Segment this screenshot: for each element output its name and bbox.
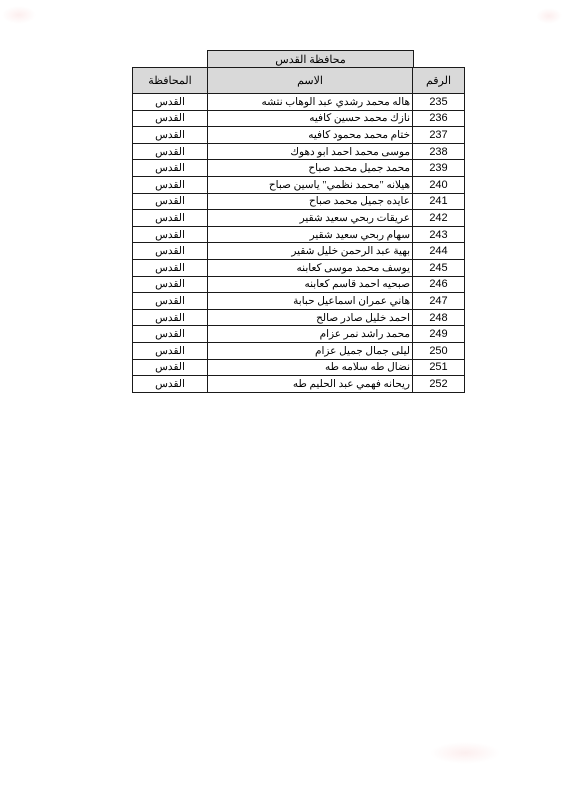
- row-name-cell: محمد جميل محمد صباح: [208, 160, 413, 177]
- table-row: 235 هاله محمد رشدي عبد الوهاب نتشه القدس: [133, 94, 465, 111]
- row-governorate-cell: القدس: [133, 210, 208, 227]
- scan-artifact: [536, 8, 562, 24]
- row-number-cell: 247: [413, 293, 465, 310]
- table-row: 248 احمد خليل صادر صالح القدس: [133, 309, 465, 326]
- table-title-cell: محافظة القدس: [207, 50, 414, 68]
- column-header-name: الاسم: [208, 68, 413, 94]
- scan-artifact: [430, 742, 500, 764]
- table-row: 251 نضال طه سلامه طه القدس: [133, 359, 465, 376]
- column-header-number: الرقم: [413, 68, 465, 94]
- row-name-cell: هاني عمران اسماعيل حبابة: [208, 293, 413, 310]
- row-name-cell: نازك محمد حسين كافيه: [208, 110, 413, 127]
- scan-artifact: [2, 6, 36, 24]
- table-body: 235 هاله محمد رشدي عبد الوهاب نتشه القدس…: [133, 94, 465, 393]
- row-number-cell: 237: [413, 127, 465, 144]
- row-number-cell: 245: [413, 259, 465, 276]
- table-row: 250 ليلى جمال جميل عزام القدس: [133, 342, 465, 359]
- row-governorate-cell: القدس: [133, 127, 208, 144]
- table-row: 236 نازك محمد حسين كافيه القدس: [133, 110, 465, 127]
- row-governorate-cell: القدس: [133, 326, 208, 343]
- row-name-cell: احمد خليل صادر صالح: [208, 309, 413, 326]
- table-row: 238 موسى محمد احمد ابو دهوك القدس: [133, 143, 465, 160]
- row-governorate-cell: القدس: [133, 376, 208, 393]
- row-governorate-cell: القدس: [133, 243, 208, 260]
- row-number-cell: 235: [413, 94, 465, 111]
- row-name-cell: هاله محمد رشدي عبد الوهاب نتشه: [208, 94, 413, 111]
- row-number-cell: 239: [413, 160, 465, 177]
- row-governorate-cell: القدس: [133, 259, 208, 276]
- table-row: 244 بهية عبد الرحمن خليل شقير القدس: [133, 243, 465, 260]
- row-name-cell: ليلى جمال جميل عزام: [208, 342, 413, 359]
- table-row: 252 ريحانه فهمي عبد الحليم طه القدس: [133, 376, 465, 393]
- row-name-cell: ريحانه فهمي عبد الحليم طه: [208, 376, 413, 393]
- row-governorate-cell: القدس: [133, 160, 208, 177]
- row-name-cell: بهية عبد الرحمن خليل شقير: [208, 243, 413, 260]
- row-number-cell: 246: [413, 276, 465, 293]
- row-number-cell: 236: [413, 110, 465, 127]
- governorate-table: الرقم الاسم المحافظة 235 هاله محمد رشدي …: [132, 67, 465, 393]
- row-name-cell: هيلانه "محمد نظمي" ياسين صباح: [208, 176, 413, 193]
- document-page: محافظة القدس الرقم الاسم المحافظة 235 ها…: [0, 0, 565, 800]
- row-name-cell: عايده جميل محمد صباح: [208, 193, 413, 210]
- row-governorate-cell: القدس: [133, 176, 208, 193]
- row-governorate-cell: القدس: [133, 226, 208, 243]
- table-header-row: الرقم الاسم المحافظة: [133, 68, 465, 94]
- row-name-cell: محمد راشد نمر عزام: [208, 326, 413, 343]
- row-number-cell: 243: [413, 226, 465, 243]
- row-name-cell: صبحيه احمد قاسم كعابنه: [208, 276, 413, 293]
- table-row: 243 سهام ربحي سعيد شقير القدس: [133, 226, 465, 243]
- row-name-cell: ختام محمد محمود كافيه: [208, 127, 413, 144]
- row-number-cell: 252: [413, 376, 465, 393]
- table-row: 242 عريقات ربحي سعيد شقير القدس: [133, 210, 465, 227]
- row-name-cell: يوسف محمد موسى كعابنه: [208, 259, 413, 276]
- row-number-cell: 250: [413, 342, 465, 359]
- row-governorate-cell: القدس: [133, 276, 208, 293]
- row-governorate-cell: القدس: [133, 293, 208, 310]
- row-governorate-cell: القدس: [133, 143, 208, 160]
- row-governorate-cell: القدس: [133, 342, 208, 359]
- table-row: 246 صبحيه احمد قاسم كعابنه القدس: [133, 276, 465, 293]
- row-number-cell: 251: [413, 359, 465, 376]
- column-header-governorate: المحافظة: [133, 68, 208, 94]
- row-name-cell: موسى محمد احمد ابو دهوك: [208, 143, 413, 160]
- row-number-cell: 248: [413, 309, 465, 326]
- table-row: 240 هيلانه "محمد نظمي" ياسين صباح القدس: [133, 176, 465, 193]
- table-row: 245 يوسف محمد موسى كعابنه القدس: [133, 259, 465, 276]
- row-number-cell: 238: [413, 143, 465, 160]
- row-governorate-cell: القدس: [133, 309, 208, 326]
- row-number-cell: 240: [413, 176, 465, 193]
- table-row: 237 ختام محمد محمود كافيه القدس: [133, 127, 465, 144]
- row-governorate-cell: القدس: [133, 359, 208, 376]
- row-number-cell: 241: [413, 193, 465, 210]
- row-governorate-cell: القدس: [133, 110, 208, 127]
- row-number-cell: 242: [413, 210, 465, 227]
- row-name-cell: سهام ربحي سعيد شقير: [208, 226, 413, 243]
- table-row: 247 هاني عمران اسماعيل حبابة القدس: [133, 293, 465, 310]
- row-number-cell: 249: [413, 326, 465, 343]
- table-row: 249 محمد راشد نمر عزام القدس: [133, 326, 465, 343]
- table-row: 239 محمد جميل محمد صباح القدس: [133, 160, 465, 177]
- table-header: الرقم الاسم المحافظة: [133, 68, 465, 94]
- table-row: 241 عايده جميل محمد صباح القدس: [133, 193, 465, 210]
- row-name-cell: نضال طه سلامه طه: [208, 359, 413, 376]
- row-name-cell: عريقات ربحي سعيد شقير: [208, 210, 413, 227]
- row-governorate-cell: القدس: [133, 94, 208, 111]
- row-governorate-cell: القدس: [133, 193, 208, 210]
- row-number-cell: 244: [413, 243, 465, 260]
